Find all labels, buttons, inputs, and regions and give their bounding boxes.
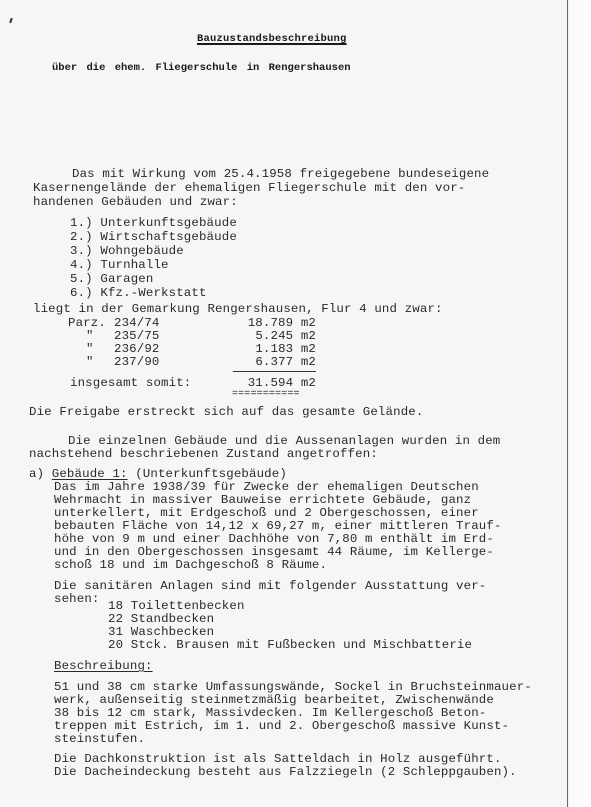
list-label: Wohngebäude: [100, 244, 183, 258]
list-label: Wirtschaftsgebäude: [100, 230, 237, 244]
total-label: insgesamt somit:: [70, 377, 191, 391]
list-number: 2.): [70, 230, 93, 244]
construction-line: steinstufen.: [54, 733, 145, 747]
description-line: schoß 18 und im Dachgeschoß 8 Räume.: [54, 559, 327, 573]
list-item: 3.) Wohngebäude: [70, 245, 184, 259]
list-label: Garagen: [100, 272, 153, 286]
condition-intro-line-2: nachstehend beschriebenen Zustand angetr…: [29, 448, 378, 462]
list-number: 1.): [70, 216, 93, 230]
document-title: Bauzustandsbeschreibung: [197, 33, 347, 45]
list-item: 2.) Wirtschaftsgebäude: [70, 231, 237, 245]
total-double-rule: ===========: [232, 388, 300, 402]
section-marker: a): [29, 467, 44, 481]
building-heading: Gebäude 1:: [52, 467, 128, 481]
list-number: 5.): [70, 272, 93, 286]
sanitary-intro: Die sanitären Anlagen sind mit folgender…: [54, 580, 486, 594]
intro-line-3: handenen Gebäuden und zwar:: [33, 196, 238, 210]
list-number: 6.): [70, 286, 93, 300]
list-label: Kfz.-Werkstatt: [100, 286, 206, 300]
scan-margin: [569, 0, 591, 807]
building-heading-note: (Unterkunftsgebäude): [135, 467, 287, 481]
list-label: Turnhalle: [100, 258, 168, 272]
list-number: 4.): [70, 258, 93, 272]
ink-mark: [9, 18, 13, 23]
list-item: 5.) Garagen: [70, 273, 153, 287]
intro-line-1: Das mit Wirkung vom 25.4.1958 freigegebe…: [72, 168, 489, 182]
parcel-area: 6.377 m2: [236, 356, 316, 370]
intro-line-2: Kasernengelände der ehemaligen Fliegersc…: [33, 182, 465, 196]
document-subtitle: über die ehem. Fliegerschule in Rengersh…: [52, 62, 351, 74]
parcel-id: 237/90: [114, 356, 160, 370]
location-line: liegt in der Gemarkung Rengershausen, Fl…: [33, 303, 443, 317]
list-number: 3.): [70, 244, 93, 258]
description-heading: Beschreibung:: [54, 660, 153, 674]
document-page: Bauzustandsbeschreibung über die ehem. F…: [0, 0, 568, 807]
sum-rule: [233, 371, 316, 372]
release-note: Die Freigabe erstreckt sich auf das gesa…: [29, 406, 423, 420]
list-item: 4.) Turnhalle: [70, 259, 169, 273]
sanitary-item: 20 Stck. Brausen mit Fußbecken und Misch…: [108, 639, 472, 653]
roof-line: Die Dacheindeckung besteht aus Falzziege…: [54, 766, 517, 780]
sanitary-intro-cont: sehen:: [54, 593, 100, 607]
parcel-prefix: ": [86, 356, 94, 370]
list-label: Unterkunftsgebäude: [100, 216, 237, 230]
list-item: 1.) Unterkunftsgebäude: [70, 217, 237, 231]
list-item: 6.) Kfz.-Werkstatt: [70, 287, 207, 301]
